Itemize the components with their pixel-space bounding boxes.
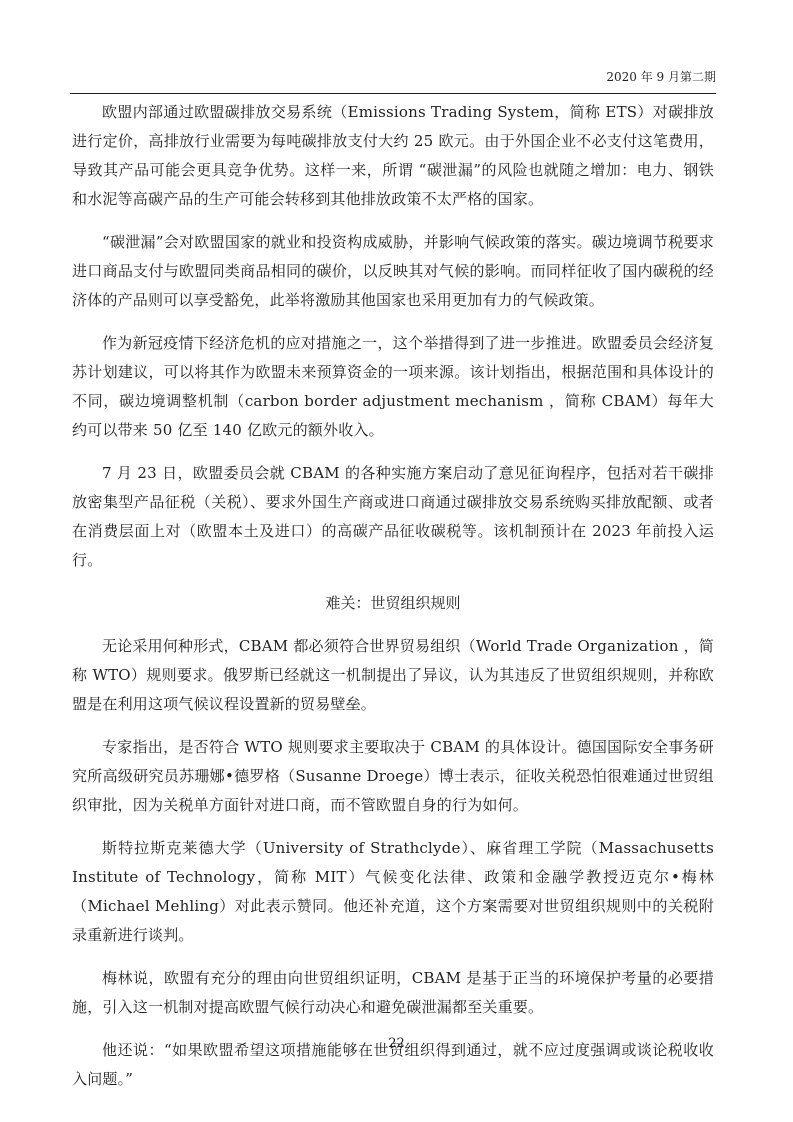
article-body: 欧盟内部通过欧盟碳排放交易系统（Emissions Trading System… <box>72 98 714 1108</box>
issue-label: 2020 年 9 月第二期 <box>606 70 716 84</box>
page-header: 2020 年 9 月第二期 <box>70 68 716 94</box>
paragraph: 7 月 23 日，欧盟委员会就 CBAM 的各种实施方案启动了意见征询程序，包括… <box>72 459 714 575</box>
paragraph: 作为新冠疫情下经济危机的应对措施之一，这个举措得到了进一步推进。欧盟委员会经济复… <box>72 329 714 445</box>
paragraph: “碳泄漏”会对欧盟国家的就业和投资构成威胁，并影响气候政策的落实。碳边境调节税要… <box>72 228 714 315</box>
paragraph: 无论采用何种形式，CBAM 都必须符合世界贸易组织（World Trade Or… <box>72 632 714 719</box>
page-number: 22 <box>0 1036 793 1051</box>
paragraph: 梅林说，欧盟有充分的理由向世贸组织证明，CBAM 是基于正当的环境保护考量的必要… <box>72 964 714 1022</box>
section-heading: 难关：世贸组织规则 <box>72 589 714 618</box>
paragraph: 欧盟内部通过欧盟碳排放交易系统（Emissions Trading System… <box>72 98 714 214</box>
paragraph: 斯特拉斯克莱德大学（University of Strathclyde）、麻省理… <box>72 834 714 950</box>
paragraph: 专家指出，是否符合 WTO 规则要求主要取决于 CBAM 的具体设计。德国国际安… <box>72 733 714 820</box>
